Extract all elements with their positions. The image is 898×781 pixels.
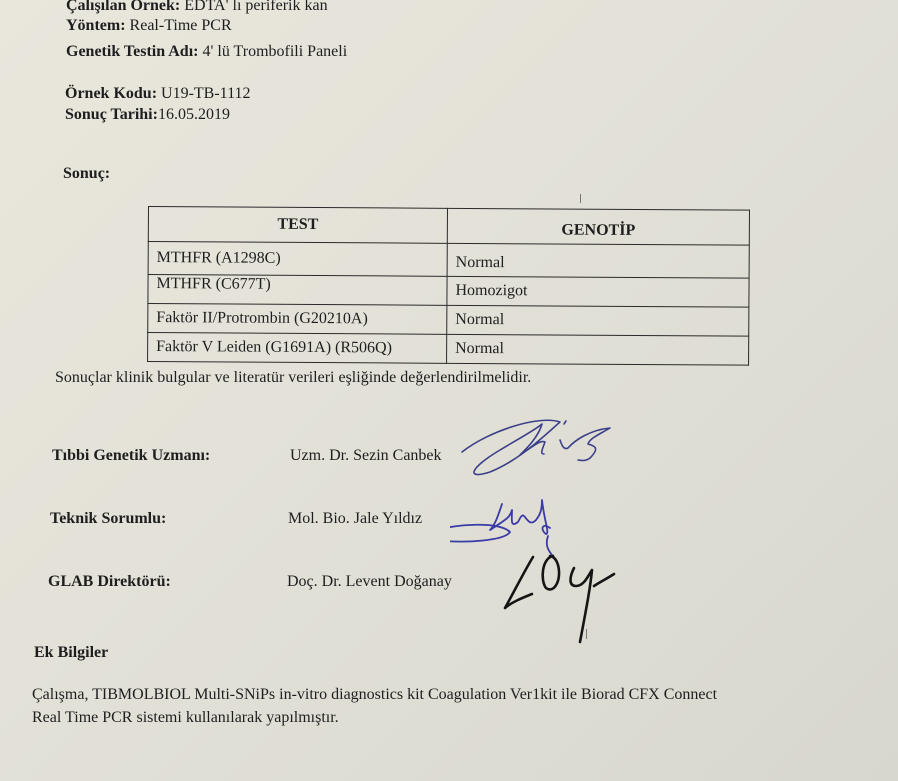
test-cell: MTHFR (A1298C)	[148, 242, 447, 277]
signatory-name-technical: Mol. Bio. Jale Yıldız	[288, 510, 422, 528]
test-cell: Faktör V Leiden (G1691A) (R506Q)	[148, 333, 447, 364]
additional-info-line-2: Real Time PCR sistemi kullanılarak yapıl…	[32, 706, 339, 730]
method-label: Yöntem:	[66, 17, 126, 34]
test-name-label: Genetik Testin Adı:	[66, 43, 198, 60]
header-test: TEST	[148, 207, 447, 244]
sample-type-value: EDTA' lı periferik kan	[184, 0, 327, 14]
lab-report-page: Çalışılan Örnek: EDTA' lı periferik kan …	[0, 0, 898, 781]
table-row: Faktör V Leiden (G1691A) (R506Q) Normal	[148, 333, 749, 366]
signatures-graphic	[450, 410, 680, 650]
sample-code-label: Örnek Kodu:	[65, 85, 157, 102]
table-row: MTHFR (A1298C) Normal	[148, 242, 749, 279]
genotype-cell: Homozigot	[447, 276, 749, 307]
additional-info-line-1: Çalışma, TIBMOLBIOL Multi-SNiPs in-vitro…	[32, 683, 717, 707]
pen-mark	[586, 629, 587, 639]
test-cell: Faktör II/Protrombin (G20210A)	[148, 304, 447, 335]
test-cell: MTHFR (C677T)	[148, 275, 447, 306]
method-value: Real-Time PCR	[130, 17, 232, 34]
table-row: Faktör II/Protrombin (G20210A) Normal	[148, 304, 749, 337]
table-row: MTHFR (C677T) Homozigot	[148, 275, 749, 308]
genotype-cell: Normal	[447, 334, 749, 365]
signatory-role-technical: Teknik Sorumlu:	[50, 510, 166, 528]
signatory-role-geneticist: Tıbbi Genetik Uzmanı:	[52, 447, 210, 465]
signatory-name-geneticist: Uzm. Dr. Sezin Canbek	[290, 447, 442, 465]
genotype-cell: Normal	[447, 305, 749, 336]
additional-info-heading: Ek Bilgiler	[34, 643, 108, 663]
result-table: TEST GENOTİP MTHFR (A1298C) Normal MTHFR…	[147, 206, 750, 366]
sample-code-value: U19-TB-1112	[161, 85, 250, 102]
sample-code-field: Örnek Kodu: U19-TB-1112	[65, 84, 250, 104]
sample-type-label: Çalışılan Örnek:	[66, 0, 180, 14]
signatory-name-director: Doç. Dr. Levent Doğanay	[287, 573, 452, 591]
test-name-value: 4' lü Trombofili Paneli	[202, 43, 347, 60]
result-date-value: 16.05.2019	[158, 106, 230, 123]
interpretation-note: Sonuçlar klinik bulgular ve literatür ve…	[55, 368, 531, 388]
pen-mark	[580, 194, 581, 203]
signatory-role-director: GLAB Direktörü:	[48, 573, 171, 591]
test-name-field: Genetik Testin Adı: 4' lü Trombofili Pan…	[66, 42, 347, 62]
header-genotype: GENOTİP	[447, 208, 749, 245]
result-heading: Sonuç:	[63, 164, 110, 184]
result-date-field: Sonuç Tarihi:16.05.2019	[65, 105, 230, 125]
method-field: Yöntem: Real-Time PCR	[66, 16, 232, 36]
result-date-label: Sonuç Tarihi:	[65, 106, 158, 123]
genotype-cell: Normal	[447, 243, 749, 278]
sample-type-field: Çalışılan Örnek: EDTA' lı periferik kan	[66, 0, 328, 16]
table-header-row: TEST GENOTİP	[148, 207, 749, 246]
